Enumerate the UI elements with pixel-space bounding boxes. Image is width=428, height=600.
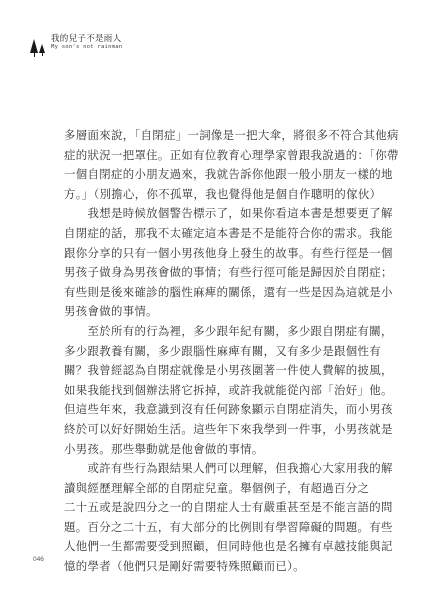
text-line: 男孩子做身為男孩會做的事情；有些行徑可能是歸因於自閉症； — [64, 263, 360, 283]
text-line: 題。百分之二十五，有大部分的比例則有學習障礙的問題。有些 — [64, 518, 360, 538]
text-line: 二十五或是說四分之一的自閉症人士有嚴重甚至是不能言語的問 — [64, 498, 360, 518]
text-line: 終於可以好好開始生活。這些年下來我學到一件事，小男孩就是 — [64, 420, 360, 440]
body-text: 多層面來說，「自閉症」一詞像是一把大傘，將很多不符合其他病 症的狀況一把罩住。正… — [64, 126, 360, 577]
text-line: 我想是時候放個警告標示了，如果你看這本書是想要更了解 — [64, 204, 360, 224]
text-line: 症的狀況一把罩住。正如有位教育心理學家曾跟我說過的：「你帶 — [64, 146, 360, 166]
tree-icon — [30, 39, 38, 53]
text-line: 多少跟教養有關，多少跟腦性麻痺有關，又有多少是跟個性有 — [64, 342, 360, 362]
text-line: 男孩會做的事情。 — [64, 302, 360, 322]
text-line: 憶的學者（他們只是剛好需要特殊照顧而已）。 — [64, 557, 360, 577]
page-number: 046 — [33, 556, 44, 563]
tree-icon — [39, 44, 45, 53]
text-line: 但這些年來，我意識到沒有任何跡象顯示自閉症消失，而小男孩 — [64, 400, 360, 420]
text-line: 關？我曾經認為自閉症就像是小男孩圍著一件使人費解的披風， — [64, 361, 360, 381]
text-line: 或許有些行為跟結果人們可以理解，但我擔心大家用我的解 — [64, 459, 360, 479]
text-line: 小男孩。那些舉動就是他會做的事情。 — [64, 440, 360, 460]
running-header: 我的兒子不是雨人 My son's not rainman — [30, 33, 122, 53]
text-line: 至於所有的行為裡，多少跟年紀有關，多少跟自閉症有關， — [64, 322, 360, 342]
book-subtitle: My son's not rainman — [51, 45, 122, 51]
book-title: 我的兒子不是雨人 — [51, 35, 122, 44]
text-line: 多層面來說，「自閉症」一詞像是一把大傘，將很多不符合其他病 — [64, 126, 360, 146]
two-trees-icon — [30, 33, 45, 53]
text-line: 有些則是後來確診的腦性麻痺的關係，還有一些是因為這就是小 — [64, 283, 360, 303]
text-line: 一個自閉症的小朋友過來，我就告訴你他跟一般小朋友一樣的地 — [64, 165, 360, 185]
text-line: 跟你分享的只有一個小男孩他身上發生的故事。有些行徑是一個 — [64, 244, 360, 264]
text-line: 讀與經歷理解全部的自閉症兒童。舉個例子，有超過百分之 — [64, 479, 360, 499]
text-line: 人他們一生都需要受到照顧，但同時他也是名擁有卓越技能與記 — [64, 537, 360, 557]
text-line: 方。」（別擔心，你不孤單，我也覺得他是個自作聰明的傢伙） — [64, 185, 360, 205]
text-line: 如果我能找到個辦法將它拆掉，或許我就能從內部「治好」他。 — [64, 381, 360, 401]
text-line: 自閉症的話，那我不太確定這本書是不是能符合你的需求。我能 — [64, 224, 360, 244]
